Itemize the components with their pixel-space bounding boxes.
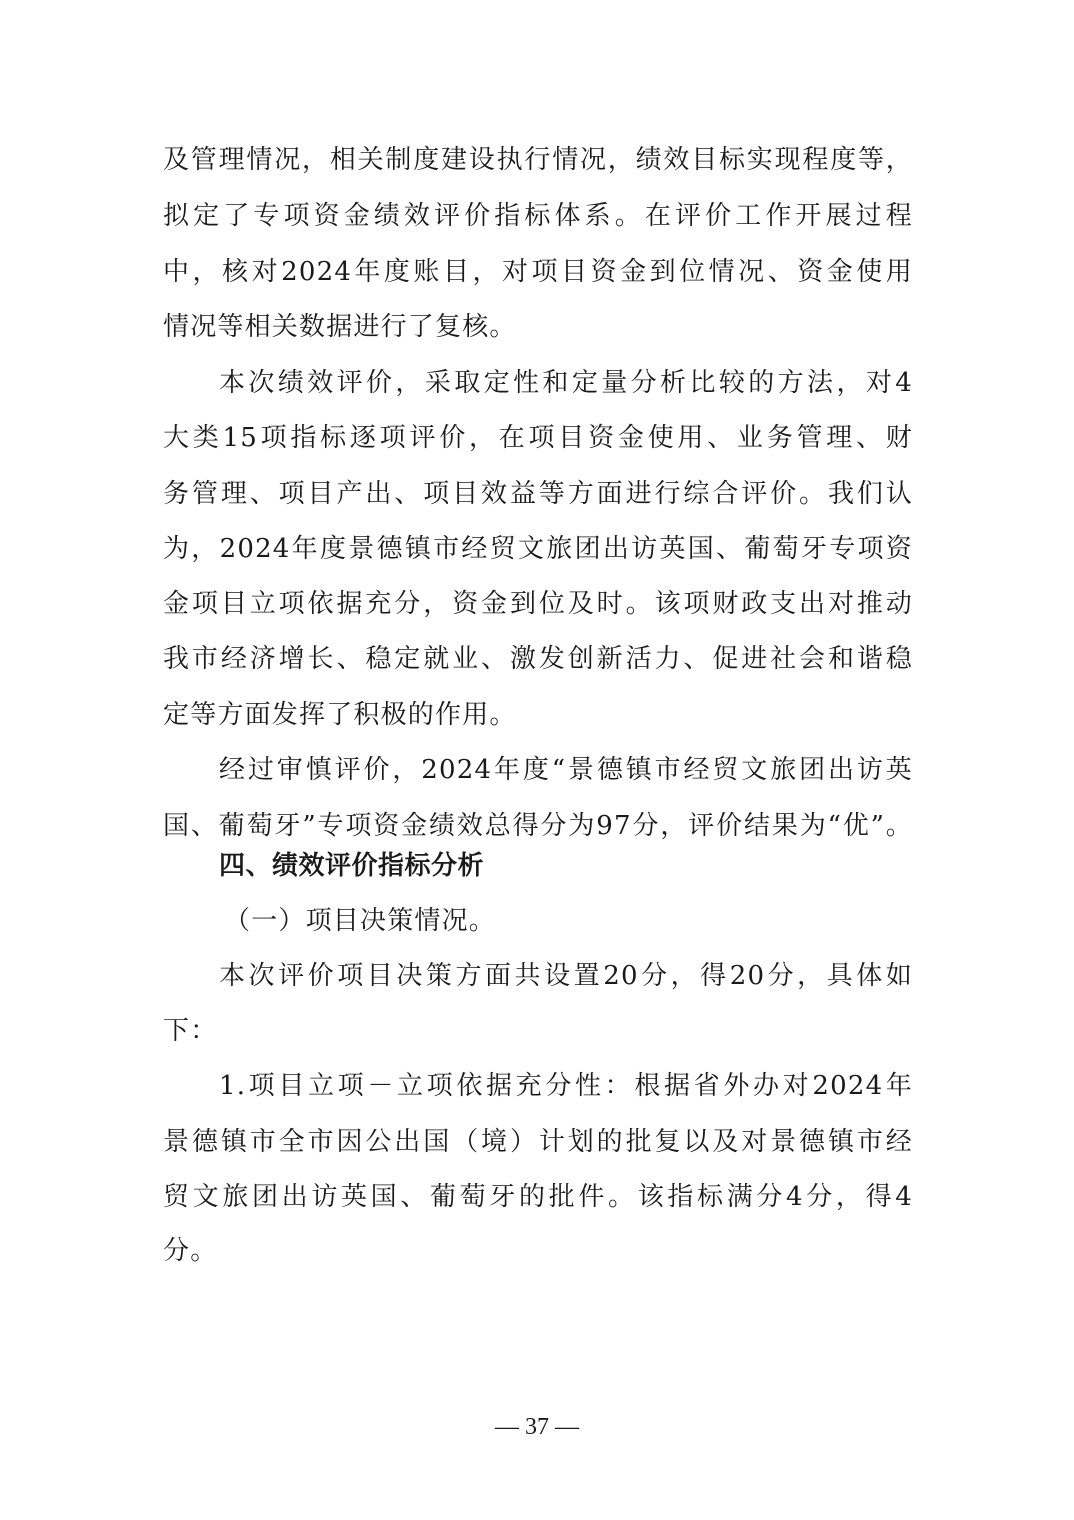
- paragraph-line: 金项目立项依据充分，资金到位及时。该项财政支出对推动: [163, 584, 913, 624]
- paragraph-line: 为，2024年度景德镇市经贸文旅团出访英国、葡萄牙专项资: [163, 529, 913, 569]
- paragraph-line: 情况等相关数据进行了复核。: [163, 307, 913, 347]
- paragraph-line: 大类15项指标逐项评价，在项目资金使用、业务管理、财: [163, 418, 913, 458]
- page-number: — 37 —: [0, 1410, 1074, 1444]
- subsection-heading: （一）项目决策情况。: [224, 901, 496, 941]
- paragraph-line: 及管理情况，相关制度建设执行情况，绩效目标实现程度等，: [163, 140, 913, 180]
- section-heading: 四、绩效评价指标分析: [219, 846, 484, 886]
- paragraph-line: 我市经济增长、稳定就业、激发创新活力、促进社会和谐稳: [163, 639, 913, 679]
- paragraph-line: 定等方面发挥了积极的作用。: [163, 695, 913, 735]
- paragraph-line: 国、葡萄牙”专项资金绩效总得分为97分，评价结果为“优”。: [163, 806, 913, 846]
- paragraph-line: 务管理、项目产出、项目效益等方面进行综合评价。我们认: [163, 474, 913, 514]
- paragraph-line: 经过审慎评价，2024年度“景德镇市经贸文旅团出访英: [219, 750, 913, 790]
- document-page: 及管理情况，相关制度建设执行情况，绩效目标实现程度等， 拟定了专项资金绩效评价指…: [0, 0, 1074, 1520]
- paragraph-line: 拟定了专项资金绩效评价指标体系。在评价工作开展过程: [163, 196, 913, 236]
- paragraph-line: 本次评价项目决策方面共设置20分，得20分，具体如: [219, 956, 913, 996]
- paragraph-line: 景德镇市全市因公出国（境）计划的批复以及对景德镇市经: [163, 1122, 913, 1162]
- paragraph-line: 1.项目立项－立项依据充分性：根据省外办对2024年: [219, 1066, 913, 1106]
- paragraph-line: 分。: [163, 1231, 913, 1271]
- paragraph-line: 中，核对2024年度账目，对项目资金到位情况、资金使用: [163, 252, 913, 292]
- paragraph-line: 下：: [163, 1011, 913, 1051]
- paragraph-line: 本次绩效评价，采取定性和定量分析比较的方法，对4: [219, 363, 913, 403]
- paragraph-line: 贸文旅团出访英国、葡萄牙的批件。该指标满分4分，得4: [163, 1177, 913, 1217]
